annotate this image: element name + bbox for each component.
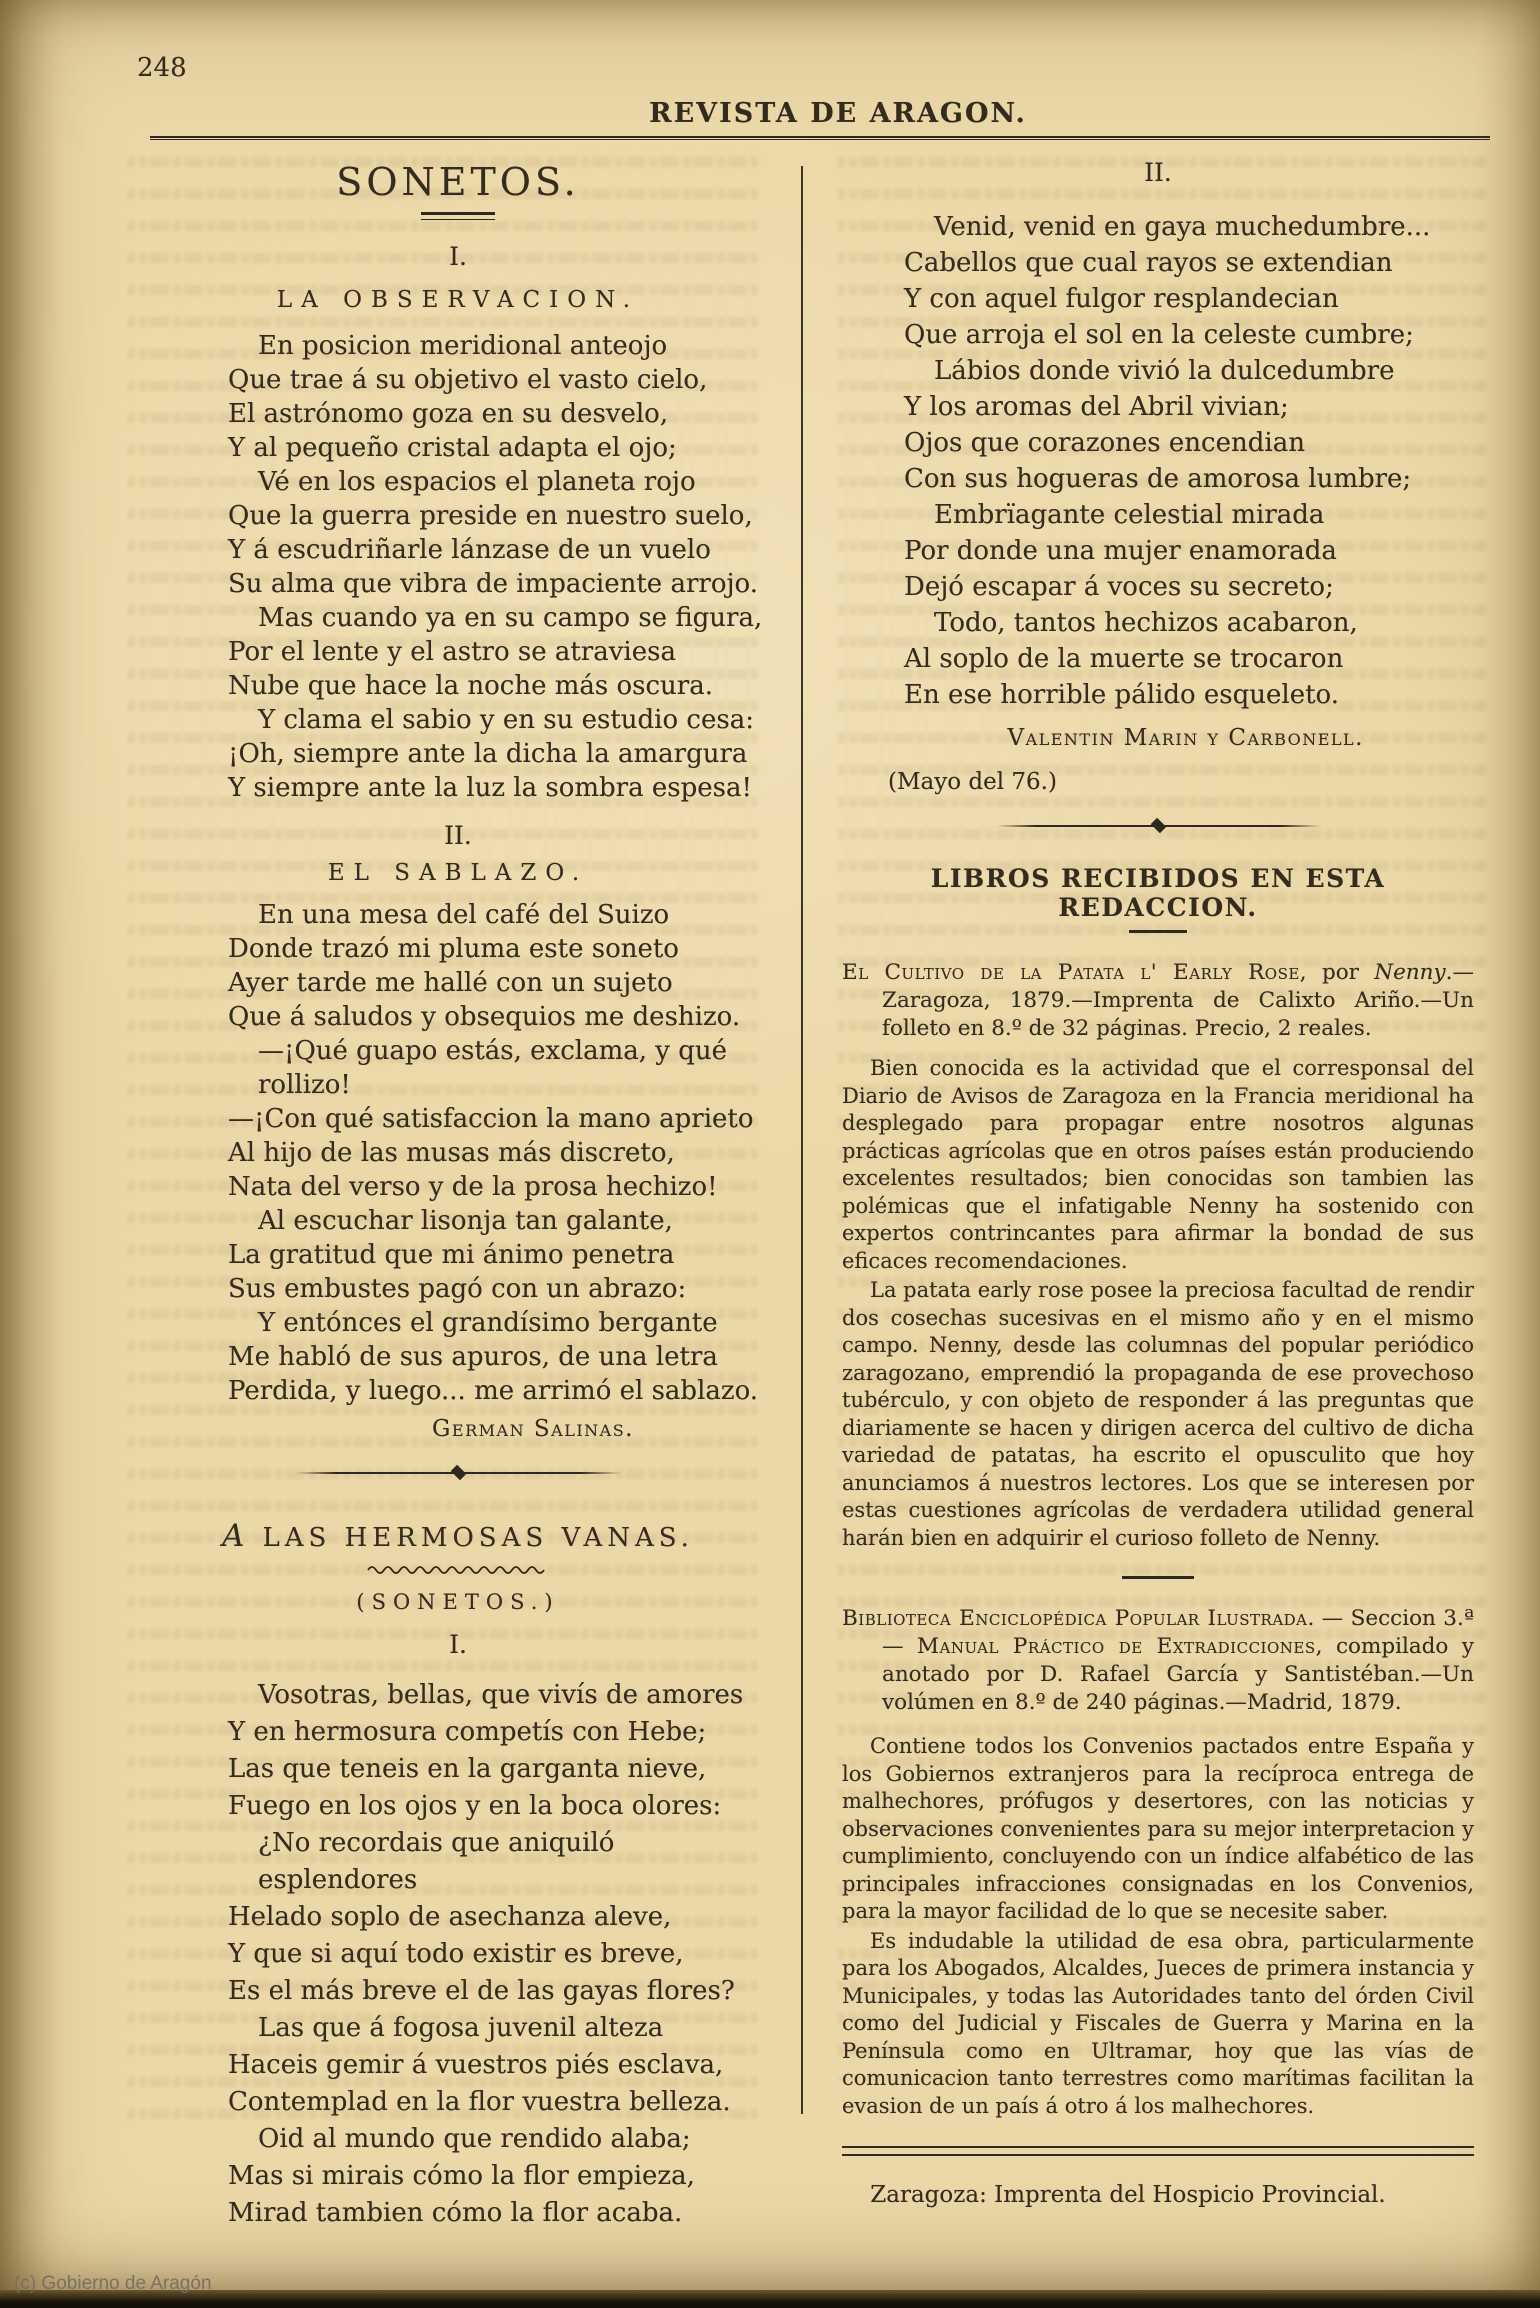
poem-line: Y que si aquí todo existir es breve, (228, 1936, 766, 1973)
end-rule (842, 2146, 1474, 2156)
book-series: Biblioteca Enciclopédica Popular Ilustra… (842, 1606, 1308, 1631)
poem-line: Las que á fogosa juvenil alteza (228, 2010, 766, 2047)
poem-line: ¡Oh, siempre ante la dicha la amargura (228, 737, 766, 771)
subsection-subtitle: (SONETOS.) (150, 1590, 766, 1614)
poem1-title: LA OBSERVACION. (150, 287, 766, 313)
poem-line: Mas si mirais cómo la flor empieza, (228, 2158, 766, 2195)
left-column: SONETOS. I. LA OBSERVACION. En posicion … (150, 160, 766, 2232)
poem-line: Y en hermosura competís con Hebe; (228, 1714, 766, 1751)
poem3-number: I. (150, 1630, 766, 1659)
review-paragraph: Es indudable la utilidad de esa obra, pa… (842, 1928, 1474, 2121)
poem1-number: I. (150, 242, 766, 271)
poem-line: Nube que hace la noche más oscura. (228, 669, 766, 703)
poem-line: Donde trazó mi pluma este soneto (228, 932, 766, 966)
author-name: Nenny (1374, 960, 1445, 985)
poem-line: Ayer tarde me hallé con un sujeto (228, 966, 766, 1000)
ornament-divider (842, 821, 1474, 830)
review-paragraph: Contiene todos los Convenios pactados en… (842, 1733, 1474, 1926)
diamond-icon (450, 1465, 466, 1481)
signature-german-salinas: German Salinas. (150, 1416, 766, 1442)
poem-line: Me habló de sus apuros, de una letra (228, 1340, 766, 1374)
poem-line: Sus embustes pagó con un abrazo: (228, 1272, 766, 1306)
poem-line: La gratitud que mi ánimo penetra (228, 1238, 766, 1272)
journal-title: REVISTA DE ARAGON. (136, 98, 1540, 129)
poem-line: Fuego en los ojos y en la boca olores: (228, 1788, 766, 1825)
column-divider (801, 166, 803, 2114)
poem-line: Las que teneis en la garganta nieve, (228, 1751, 766, 1788)
poem-line: En posicion meridional anteojo (228, 329, 766, 363)
ornament-line (461, 1472, 621, 1474)
poem-line: Y siempre ante la luz la sombra espesa! (228, 771, 766, 805)
poem-line: Que la guerra preside en nuestro suelo, (228, 499, 766, 533)
right-column: II. Venid, venid en gaya muchedumbre...C… (842, 158, 1474, 2208)
poem-line: Oid al mundo que rendido alaba; (228, 2121, 766, 2158)
imprint: Zaragoza: Imprenta del Hospicio Provinci… (842, 2182, 1474, 2208)
page-number: 248 (137, 53, 187, 83)
poem-line: Al hijo de las musas más discreto, (228, 1136, 766, 1170)
poem-line: Haceis gemir á vuestros piés esclava, (228, 2047, 766, 2084)
poem-line: En ese horrible pálido esqueleto. (904, 677, 1474, 713)
header-rule (150, 136, 1490, 140)
wavy-underline (366, 1564, 550, 1574)
poem-hermosas-vanas: Vosotras, bellas, que vivís de amoresY e… (150, 1677, 766, 2232)
poem4-number: II. (842, 158, 1474, 187)
poem2-title: EL SABLAZO. (150, 860, 766, 886)
ornament-line (996, 825, 1156, 827)
books-title-rule (1129, 930, 1187, 933)
poem-line: Es el más breve el de las gayas flores? (228, 1973, 766, 2010)
poem-line: Y clama el sabio y en su estudio cesa: (228, 703, 766, 737)
poem-line: Su alma que vibra de impaciente arrojo. (228, 567, 766, 601)
section-title-rule (421, 212, 495, 220)
poem-line: El astrónomo goza en su desvelo, (228, 397, 766, 431)
poem-line: Al soplo de la muerte se trocaron (904, 641, 1474, 677)
poem-line: Mirad tambien cómo la flor acaba. (228, 2195, 766, 2232)
ornament-line (296, 1472, 456, 1474)
poem-line: Dejó escapar á voces su secreto; (904, 569, 1474, 605)
poem-line: Lábios donde vivió la dulcedumbre (904, 353, 1474, 389)
poem-line: Cabellos que cual rayos se extendian (904, 245, 1474, 281)
poem-line: En una mesa del café del Suizo (228, 898, 766, 932)
poem-line: Con sus hogueras de amorosa lumbre; (904, 461, 1474, 497)
review-paragraph: La patata early rose posee la preciosa f… (842, 1277, 1474, 1552)
poem-line: Y entónces el grandísimo bergante (228, 1306, 766, 1340)
copyright-watermark: (c) Gobierno de Aragón (14, 2273, 212, 2295)
poem-line: —¡Con qué satisfaccion la mano aprieto (228, 1102, 766, 1136)
poem-el-sablazo: En una mesa del café del SuizoDonde traz… (150, 898, 766, 1408)
poem-line: Y los aromas del Abril vivian; (904, 389, 1474, 425)
poem-line: Todo, tantos hechizos acabaron, (904, 605, 1474, 641)
poem-line: Nata del verso y de la prosa hechizo! (228, 1170, 766, 1204)
poem-line: Por el lente y el astro se atraviesa (228, 635, 766, 669)
book-entry-extradicciones: Biblioteca Enciclopédica Popular Ilustra… (842, 1605, 1474, 1717)
diamond-icon (1150, 818, 1166, 834)
ornament-line (1161, 825, 1321, 827)
poem-line: Helado soplo de asechanza aleve, (228, 1899, 766, 1936)
poem-line: Embrïagante celestial mirada (904, 497, 1474, 533)
poem-line: Al escuchar lisonja tan galante, (228, 1204, 766, 1238)
poem-line: Perdida, y luego... me arrimó el sablazo… (228, 1374, 766, 1408)
poem-line: Que arroja el sol en la celeste cumbre; (904, 317, 1474, 353)
section-title-sonetos: SONETOS. (150, 160, 766, 204)
poem-line: Venid, venid en gaya muchedumbre... (904, 209, 1474, 245)
section-rule (1122, 1576, 1194, 1579)
books-section-title: LIBROS RECIBIDOS EN ESTA REDACCION. (842, 864, 1474, 922)
poem-line: Ojos que corazones encendian (904, 425, 1474, 461)
poem-line: Que á saludos y obsequios me deshizo. (228, 1000, 766, 1034)
citation-text: , por (1300, 960, 1374, 985)
scan-bottom-edge (0, 2290, 1540, 2308)
poem-line: —¡Qué guapo estás, exclama, y qué rolliz… (228, 1034, 766, 1102)
poem-line: Y con aquel fulgor resplandecian (904, 281, 1474, 317)
poem-line: Vé en los espacios el planeta rojo (228, 465, 766, 499)
poem-line: Por donde una mujer enamorada (904, 533, 1474, 569)
date-note: (Mayo del 76.) (842, 769, 1474, 795)
poem-line: Vosotras, bellas, que vivís de amores (228, 1677, 766, 1714)
book-entry-cultivo-patata: El Cultivo de la Patata l' Early Rose, p… (842, 959, 1474, 1043)
poem2-number: II. (150, 821, 766, 850)
poem-line: Contemplad en la flor vuestra belleza. (228, 2084, 766, 2121)
book-title: El Cultivo de la Patata l' Early Rose (842, 960, 1300, 985)
poem-line: Que trae á su objetivo el vasto cielo, (228, 363, 766, 397)
book-title: Manual Práctico de Extradicciones (917, 1634, 1316, 1659)
poem-line: Y al pequeño cristal adapta el ojo; (228, 431, 766, 465)
ornament-divider (150, 1468, 766, 1477)
poem-line: ¿No recordais que aniquiló esplendores (228, 1825, 766, 1899)
poem-venid: Venid, venid en gaya muchedumbre...Cabel… (842, 209, 1474, 713)
review-paragraph: Bien conocida es la actividad que el cor… (842, 1055, 1474, 1275)
subsection-title: A LAS HERMOSAS VANAS. (150, 1519, 766, 1554)
signature-valentin-marin: Valentin Marin y Carbonell. (842, 725, 1474, 751)
poem-la-observacion: En posicion meridional anteojoQue trae á… (150, 329, 766, 805)
poem-line: Y á escudriñarle lánzase de un vuelo (228, 533, 766, 567)
poem-line: Mas cuando ya en su campo se figura, (228, 601, 766, 635)
